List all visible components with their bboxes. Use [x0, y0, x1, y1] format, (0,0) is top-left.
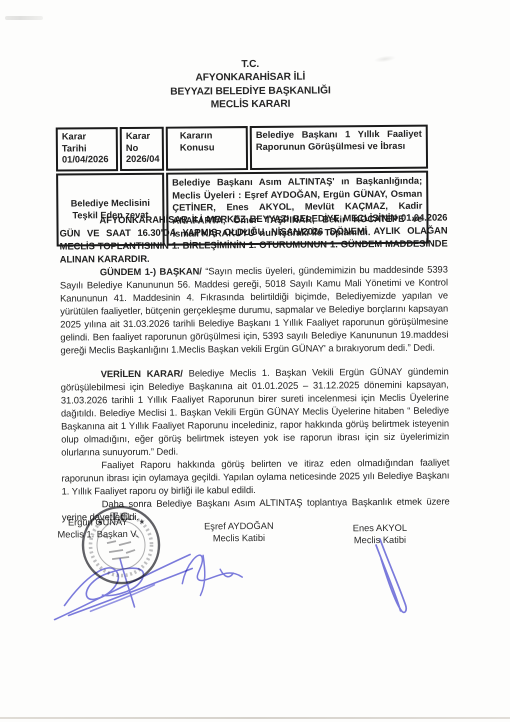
document-header: T.C. AFYONKARAHİSAR İLİ BEYYAZI BELEDİYE…	[0, 56, 503, 114]
scanned-document-page: T.C. AFYONKARAHİSAR İLİ BEYYAZI BELEDİYE…	[0, 0, 510, 722]
gundem-paragraph: GÜNDEM 1-) BAŞKAN/ “Sayın meclis üyeleri…	[60, 262, 449, 356]
signature-enes-akyol-icon	[354, 535, 415, 619]
karar-konusu-label: Kararın Konusu	[172, 130, 242, 154]
signature-esref-aydogan-icon	[170, 541, 255, 602]
gundem-lead: GÜNDEM 1-) BAŞKAN/	[100, 265, 202, 277]
signer-name: Eşref AYDOĞAN	[183, 521, 295, 533]
karar-tarihi-value: 01/04/2026	[62, 154, 112, 166]
oylama-paragraph: Faaliyet Raporu hakkında görüş belirten …	[61, 455, 449, 497]
signer-name: Enes AKYOL	[324, 523, 436, 535]
gundem-text: “Sayın meclis üyeleri, gündemimizin bu m…	[60, 263, 448, 355]
karar-tarihi-cell: Karar Tarihi 01/04/2026	[56, 127, 118, 171]
stamp-tc-text: T.C.	[110, 511, 131, 523]
decision-body: AFYONKARAHİSAR İLİ MERKEZ BEYYAZI BELEDİ…	[59, 210, 449, 523]
header-doc-type: MECLİS KARARI	[0, 96, 503, 113]
verilen-karar-paragraph: VERİLEN KARAR/ Belediye Meclis 1. Başkan…	[61, 364, 450, 458]
stamp-star-right: ★	[139, 518, 145, 526]
stamp-star-left: ★	[97, 518, 103, 526]
document-content: T.C. AFYONKARAHİSAR İLİ BEYYAZI BELEDİYE…	[0, 0, 510, 722]
karar-no-value: 2026/04	[126, 154, 158, 166]
karar-no-cell: Karar No 2026/04	[120, 127, 164, 171]
karar-konusu-label-cell: Kararın Konusu	[166, 126, 248, 170]
karar-no-label: Karar No	[126, 131, 158, 154]
intro-paragraph: AFYONKARAHİSAR İLİ MERKEZ BEYYAZI BELEDİ…	[59, 210, 447, 265]
verilen-karar-lead: VERİLEN KARAR/	[101, 368, 183, 380]
karar-konusu-value-cell: Belediye Başkanı 1 Yıllık Faaliyet Rapor…	[250, 125, 428, 170]
karar-tarihi-label: Karar Tarihi	[62, 131, 112, 155]
verilen-karar-text: Belediye Meclis 1. Başkan Vekili Ergün G…	[61, 365, 449, 457]
